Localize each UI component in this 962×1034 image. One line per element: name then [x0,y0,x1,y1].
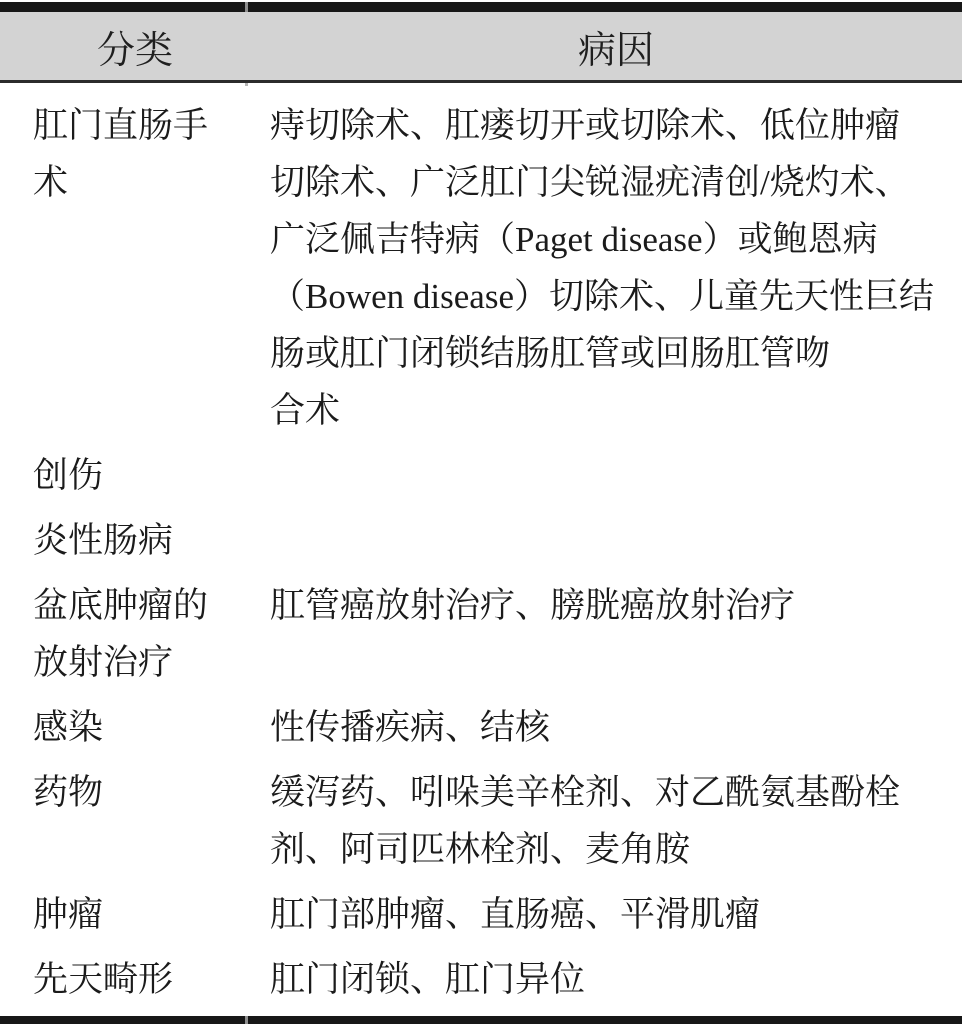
table-row: 盆底肿瘤的 放射治疗 肛管癌放射治疗、膀胱癌放射治疗 [0,573,962,695]
etiology-table: 分类 病因 肛门直肠手 术 痔切除术、肛瘘切开或切除术、低位肿瘤 切除术、广泛肛… [0,2,962,1024]
column-header-cause: 病因 [270,7,962,82]
table-row: 创伤 [0,443,962,508]
table-row: 肿瘤 肛门部肿瘤、直肠癌、平滑肌瘤 [0,882,962,947]
table-row: 感染 性传播疾病、结核 [0,695,962,760]
etiology-table-region: 分类 病因 肛门直肠手 术 痔切除术、肛瘘切开或切除术、低位肿瘤 切除术、广泛肛… [0,2,962,1024]
cause-cell: 肛门闭锁、肛门异位 [270,947,962,1020]
cause-cell: 性传播疾病、结核 [270,695,962,760]
cause-cell: 肛门部肿瘤、直肠癌、平滑肌瘤 [270,882,962,947]
category-cell: 肿瘤 [0,882,270,947]
category-cell: 药物 [0,760,270,882]
category-cell: 先天畸形 [0,947,270,1020]
category-cell: 炎性肠病 [0,508,270,573]
category-cell: 盆底肿瘤的 放射治疗 [0,573,270,695]
table-row: 先天畸形 肛门闭锁、肛门异位 [0,947,962,1020]
table-row: 药物 缓泻药、吲哚美辛栓剂、对乙酰氨基酚栓 剂、阿司匹林栓剂、麦角胺 [0,760,962,882]
cause-cell [270,508,962,573]
cause-cell: 痔切除术、肛瘘切开或切除术、低位肿瘤 切除术、广泛肛门尖锐湿疣清创/烧灼术、 广… [270,82,962,444]
header-row: 分类 病因 [0,7,962,82]
table-row: 肛门直肠手 术 痔切除术、肛瘘切开或切除术、低位肿瘤 切除术、广泛肛门尖锐湿疣清… [0,82,962,444]
table-row: 炎性肠病 [0,508,962,573]
cause-cell: 肛管癌放射治疗、膀胱癌放射治疗 [270,573,962,695]
category-cell: 创伤 [0,443,270,508]
column-header-category: 分类 [0,7,270,82]
cause-cell [270,443,962,508]
cause-cell: 缓泻药、吲哚美辛栓剂、对乙酰氨基酚栓 剂、阿司匹林栓剂、麦角胺 [270,760,962,882]
category-cell: 感染 [0,695,270,760]
category-cell: 肛门直肠手 术 [0,82,270,444]
